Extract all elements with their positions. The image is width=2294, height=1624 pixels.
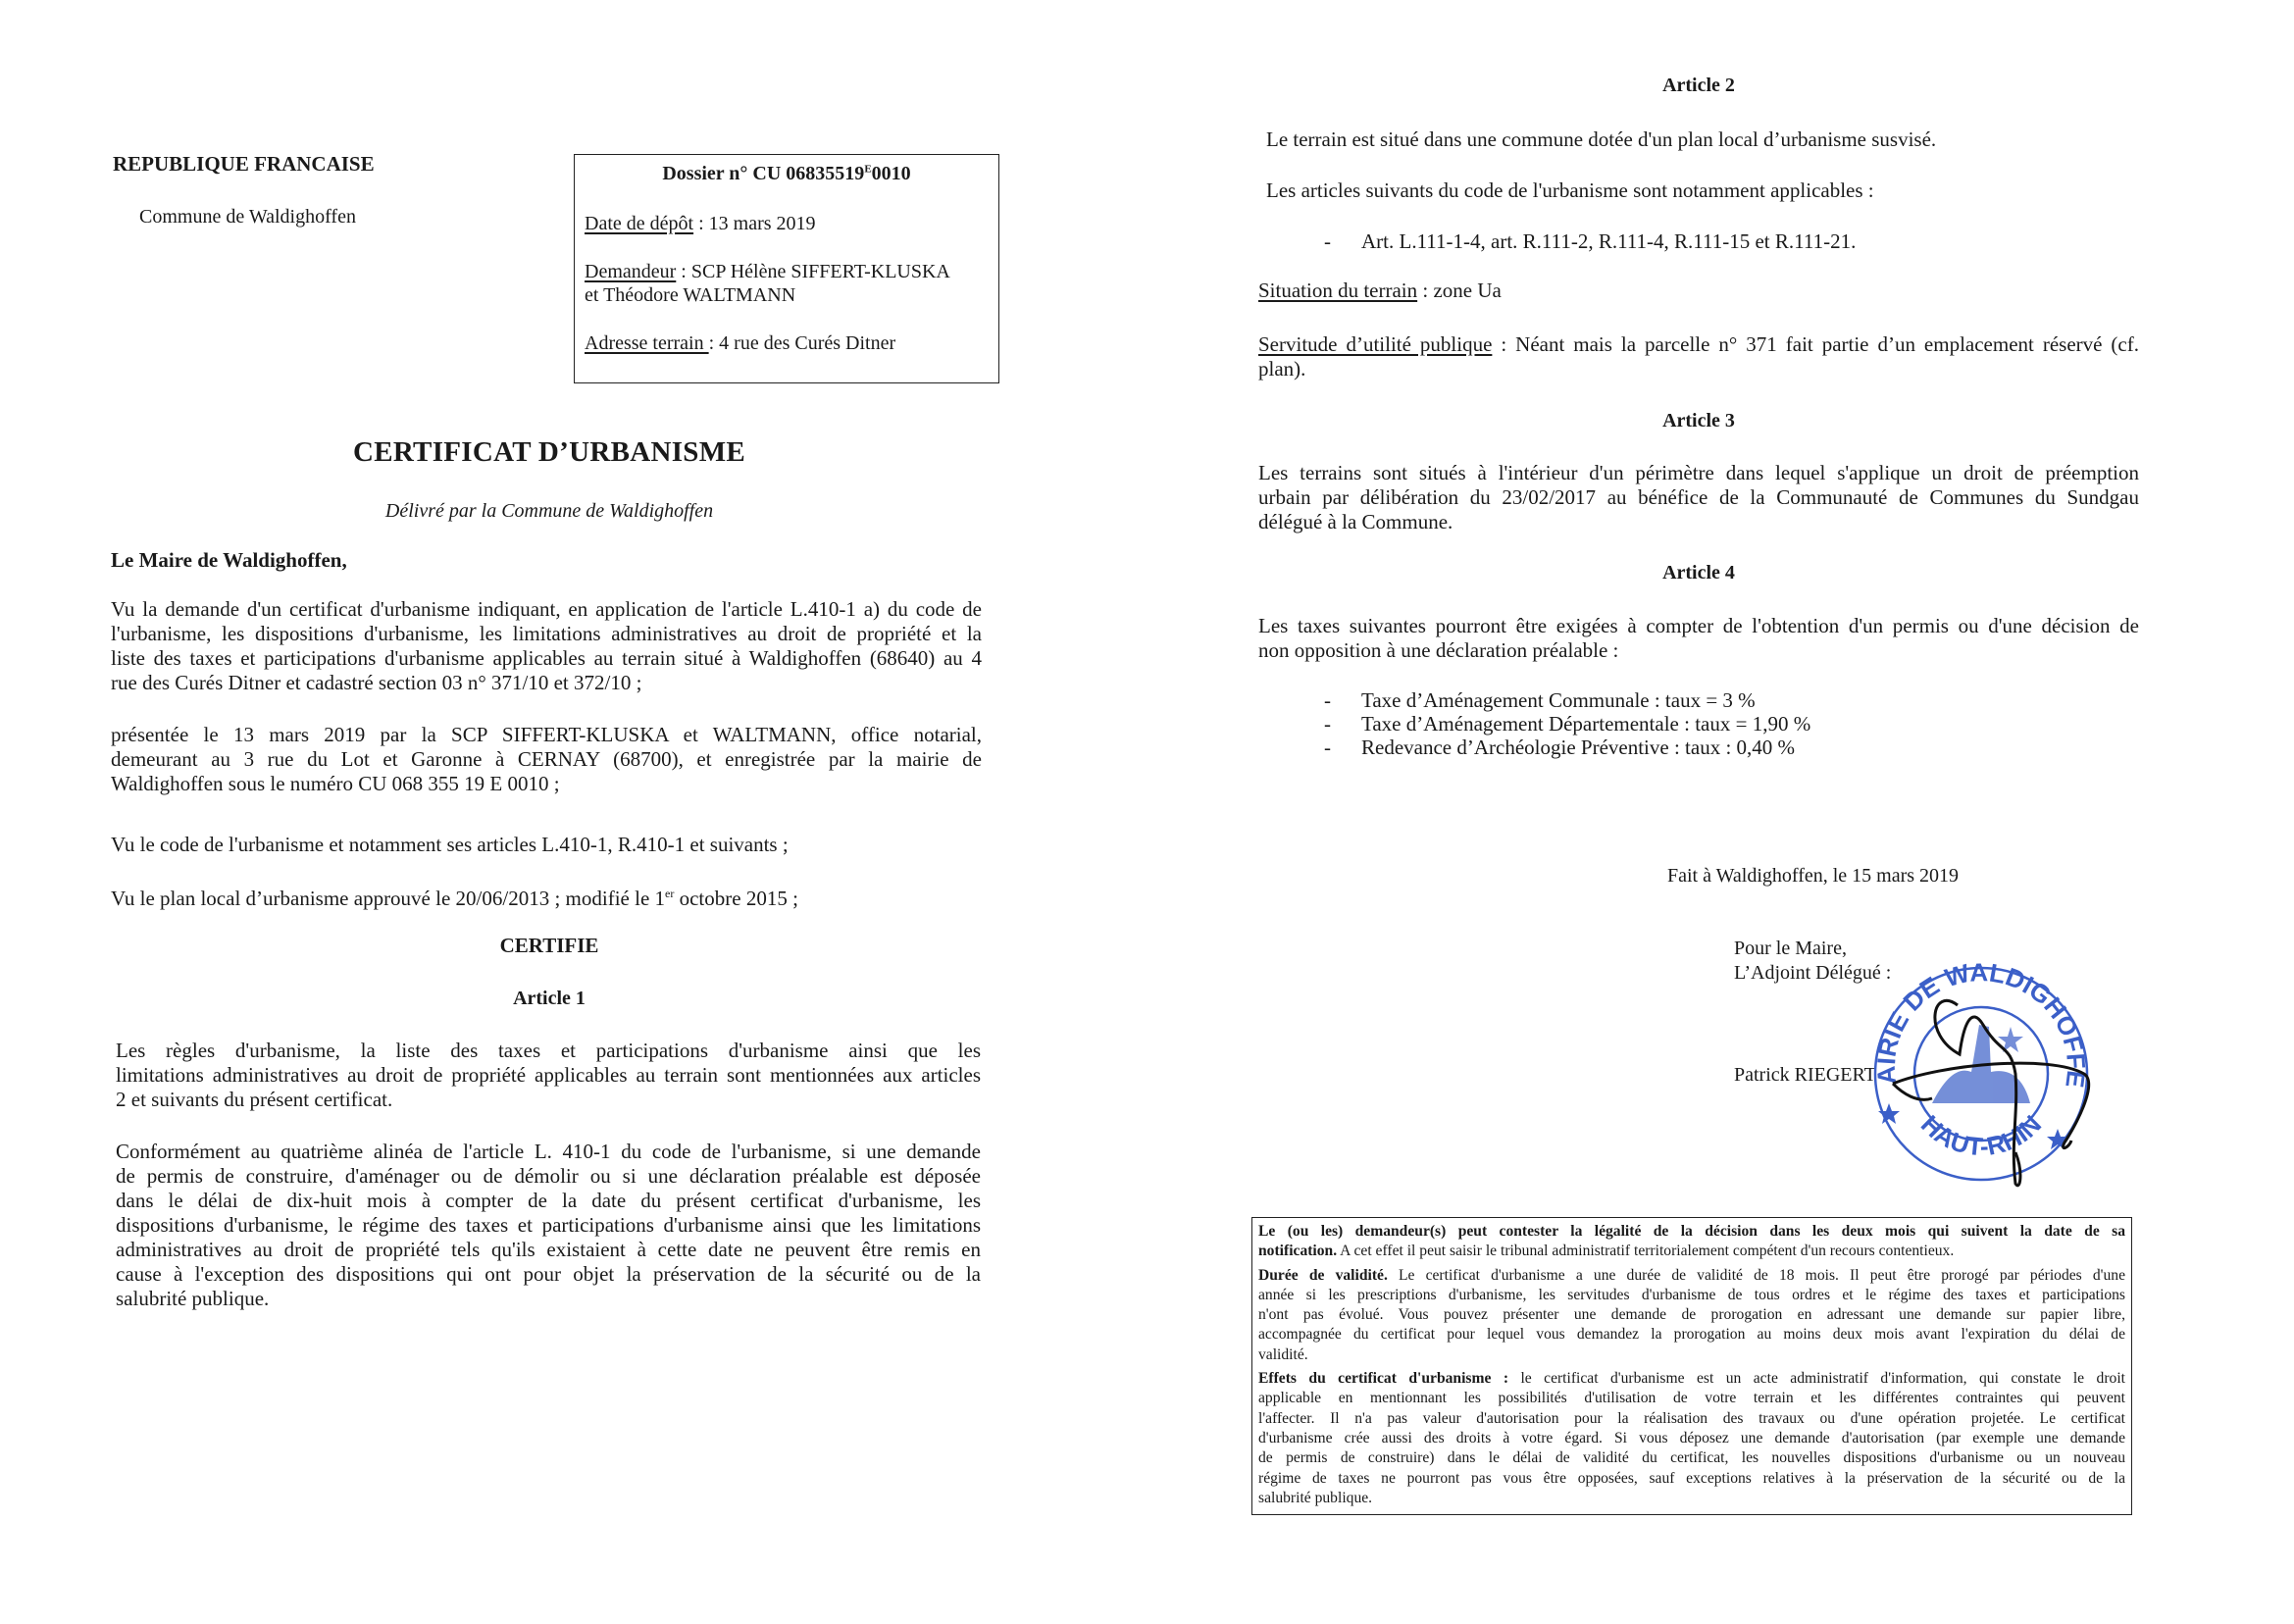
text-line: administratives au droit de propriété te… [116,1238,981,1262]
maire-heading: Le Maire de Waldighoffen, [111,548,347,573]
text-line: cause à l'exception des dispositions qui… [116,1262,981,1287]
text-line: applicable en mentionnant les possibilit… [1258,1389,2125,1408]
bold-text: Effets du certificat d'urbanisme : [1258,1370,1508,1387]
demandeur-label: Demandeur [585,261,676,282]
legal-notice-box: Le (ou les) demandeur(s) peut contester … [1251,1217,2132,1515]
text-line: plan). [1258,357,2139,381]
text-line: Les terrains sont situés à l'intérieur d… [1258,461,2139,485]
tax-item: -Taxe d’Aménagement Départementale : tau… [1324,712,1810,736]
text-line: salubrité publique. [1258,1489,2125,1508]
bullet-dash: - [1324,736,1361,760]
adresse-terrain: Adresse terrain : 4 rue des Curés Ditner [585,331,895,355]
text: le certificat d'urbanisme est un acte ad… [1508,1370,2125,1387]
situation-terrain: Situation du terrain : zone Ua [1258,279,1502,303]
bullet-text: Art. L.111-1-4, art. R.111-2, R.111-4, R… [1361,229,1856,253]
text-line: l'urbanisme, les dispositions d'urbanism… [111,622,982,646]
text-line: délégué à la Commune. [1258,510,2139,534]
republic-heading: REPUBLIQUE FRANCAISE [113,152,375,177]
text-line: Le (ou les) demandeur(s) peut contester … [1258,1222,2125,1242]
text-line: 2 et suivants du présent certificat. [116,1088,981,1112]
tax-item: -Redevance d’Archéologie Préventive : ta… [1324,736,1795,760]
demandeur-value: : SCP Hélène SIFFERT-KLUSKA [676,261,950,282]
text-line: demeurant au 3 rue du Lot et Garonne à C… [111,747,982,772]
text-line: année si les prescriptions d'urbanisme, … [1258,1286,2125,1305]
vu-plan-paragraph: Vu le plan local d’urbanisme approuvé le… [111,882,982,911]
dossier-number-suffix: 0010 [872,163,911,184]
text-line: dans le délai de dix-huit mois à compter… [116,1189,981,1213]
stamp-bottom-text: HAUT-RHIN [1915,1109,2047,1161]
demandeur-value-line2: et Théodore WALTMANN [585,284,795,306]
dossier-number: Dossier n° CU 06835519E0010 [575,163,998,185]
text-line: notification. A cet effet il peut saisir… [1258,1242,2125,1261]
mairie-stamp-icon: MAIRIE DE WALDIGHOFFEN HAUT-RHIN [1863,956,2099,1192]
text-line: accompagnée du certificat pour lequel vo… [1258,1325,2125,1345]
article-3-paragraph: Les terrains sont situés à l'intérieur d… [1258,461,2139,534]
vu-plan-sup: er [665,887,674,900]
article-1-paragraph-1: Les règles d'urbanisme, la liste des tax… [116,1039,981,1112]
tax-text: Redevance d’Archéologie Préventive : tau… [1361,736,1795,759]
text-line: présentée le 13 mars 2019 par la SCP SIF… [111,723,982,747]
text-line: liste des taxes et participations d'urba… [111,646,982,671]
text-line: n'ont pas évolué. Vous pouvez présenter … [1258,1305,2125,1325]
article-4-title: Article 4 [1258,562,2139,584]
text-line: salubrité publique. [116,1287,981,1311]
certifie-heading: CERTIFIE [157,934,942,958]
article-2-line-1: Le terrain est situé dans une commune do… [1266,127,1936,152]
vu-plan-text: Vu le plan local d’urbanisme approuvé le… [111,887,665,910]
dossier-number-prefix: Dossier n° CU 06835519 [662,163,864,184]
text-line: rue des Curés Ditner et cadastré section… [111,671,982,695]
text-line: de permis de construire, d'aménager ou d… [116,1164,981,1189]
situation-label: Situation du terrain [1258,279,1417,302]
text-line: d'urbanisme crée aussi des droits à votr… [1258,1429,2125,1448]
text-line: de permis de construire) dans le délai d… [1258,1448,2125,1468]
text-line: Effets du certificat d'urbanisme : le ce… [1258,1369,2125,1389]
situation-value: : zone Ua [1417,279,1502,302]
bullet-dash: - [1324,688,1361,713]
vu-demande-paragraph: Vu la demande d'un certificat d'urbanism… [111,597,982,695]
text-line: limitations administratives au droit de … [116,1063,981,1088]
commune-name: Commune de Waldighoffen [139,206,356,228]
text-line: dispositions d'urbanisme, le régime des … [116,1213,981,1238]
date-depot-value: : 13 mars 2019 [693,213,815,234]
adresse-label: Adresse terrain [585,332,709,354]
text-line: Conformément au quatrième alinéa de l'ar… [116,1140,981,1164]
pour-le-maire: Pour le Maire, [1734,938,1847,959]
signature-place-date: Fait à Waldighoffen, le 15 mars 2019 [1667,865,1959,888]
signer-name: Patrick RIEGERT [1734,1064,1876,1087]
servitude-label: Servitude d’utilité publique [1258,332,1492,356]
date-depot: Date de dépôt : 13 mars 2019 [585,212,816,235]
text-line: l'affecter. Il n'a pas valeur d'autorisa… [1258,1409,2125,1429]
text: Le certificat d'urbanisme a une durée de… [1388,1267,2125,1284]
bullet-dash: - [1324,229,1361,254]
text-line: Servitude d’utilité publique : Néant mai… [1258,332,2139,357]
bullet-dash: - [1324,712,1361,736]
text-line: Les règles d'urbanisme, la liste des tax… [116,1039,981,1063]
demandeur: Demandeur : SCP Hélène SIFFERT-KLUSKAet … [585,260,950,307]
legal-notice-recours: Le (ou les) demandeur(s) peut contester … [1258,1222,2125,1262]
tax-text: Taxe d’Aménagement Communale : taux = 3 … [1361,688,1756,712]
dossier-info-box: Dossier n° CU 06835519E0010 Date de dépô… [574,154,999,383]
vu-code-paragraph: Vu le code de l'urbanisme et notamment s… [111,833,982,857]
article-1-paragraph-2: Conformément au quatrième alinéa de l'ar… [116,1140,981,1311]
bold-text: notification. [1258,1243,1337,1259]
tax-text: Taxe d’Aménagement Départementale : taux… [1361,712,1810,736]
bold-text: Durée de validité. [1258,1267,1388,1284]
tax-item: -Taxe d’Aménagement Communale : taux = 3… [1324,688,1756,713]
adresse-value: : 4 rue des Curés Ditner [709,332,896,354]
dossier-number-sup: E [864,163,871,175]
text-line: régime de taxes ne pourront pas vous êtr… [1258,1469,2125,1489]
text-line: Les taxes suivantes pourront être exigée… [1258,614,2139,638]
text-line: Durée de validité. Le certificat d'urban… [1258,1266,2125,1286]
article-4-paragraph: Les taxes suivantes pourront être exigée… [1258,614,2139,663]
legal-notice-validite: Durée de validité. Le certificat d'urban… [1258,1266,2125,1365]
article-2-line-2: Les articles suivants du code de l'urban… [1266,178,1874,203]
text-line: Vu la demande d'un certificat d'urbanism… [111,597,982,622]
text-line: non opposition à une déclaration préalab… [1258,638,2139,663]
text: A cet effet il peut saisir le tribunal a… [1337,1243,1954,1259]
document-subtitle: Délivré par la Commune de Waldighoffen [157,500,942,523]
presentee-paragraph: présentée le 13 mars 2019 par la SCP SIF… [111,723,982,796]
text-line: validité. [1258,1345,2125,1365]
legal-notice-effets: Effets du certificat d'urbanisme : le ce… [1258,1369,2125,1508]
date-depot-label: Date de dépôt [585,213,693,234]
servitude-paragraph: Servitude d’utilité publique : Néant mai… [1258,332,2139,381]
article-1-title: Article 1 [157,988,942,1010]
article-2-bullet: -Art. L.111-1-4, art. R.111-2, R.111-4, … [1324,229,1856,254]
text-line: Waldighoffen sous le numéro CU 068 355 1… [111,772,982,796]
document-title: CERTIFICAT D’URBANISME [157,436,942,469]
text-line: urbain par délibération du 23/02/2017 au… [1258,485,2139,510]
article-2-title: Article 2 [1258,75,2139,97]
vu-plan-text-end: octobre 2015 ; [674,887,798,910]
servitude-value: : Néant mais la parcelle n° 371 fait par… [1492,332,2139,356]
article-3-title: Article 3 [1258,410,2139,432]
